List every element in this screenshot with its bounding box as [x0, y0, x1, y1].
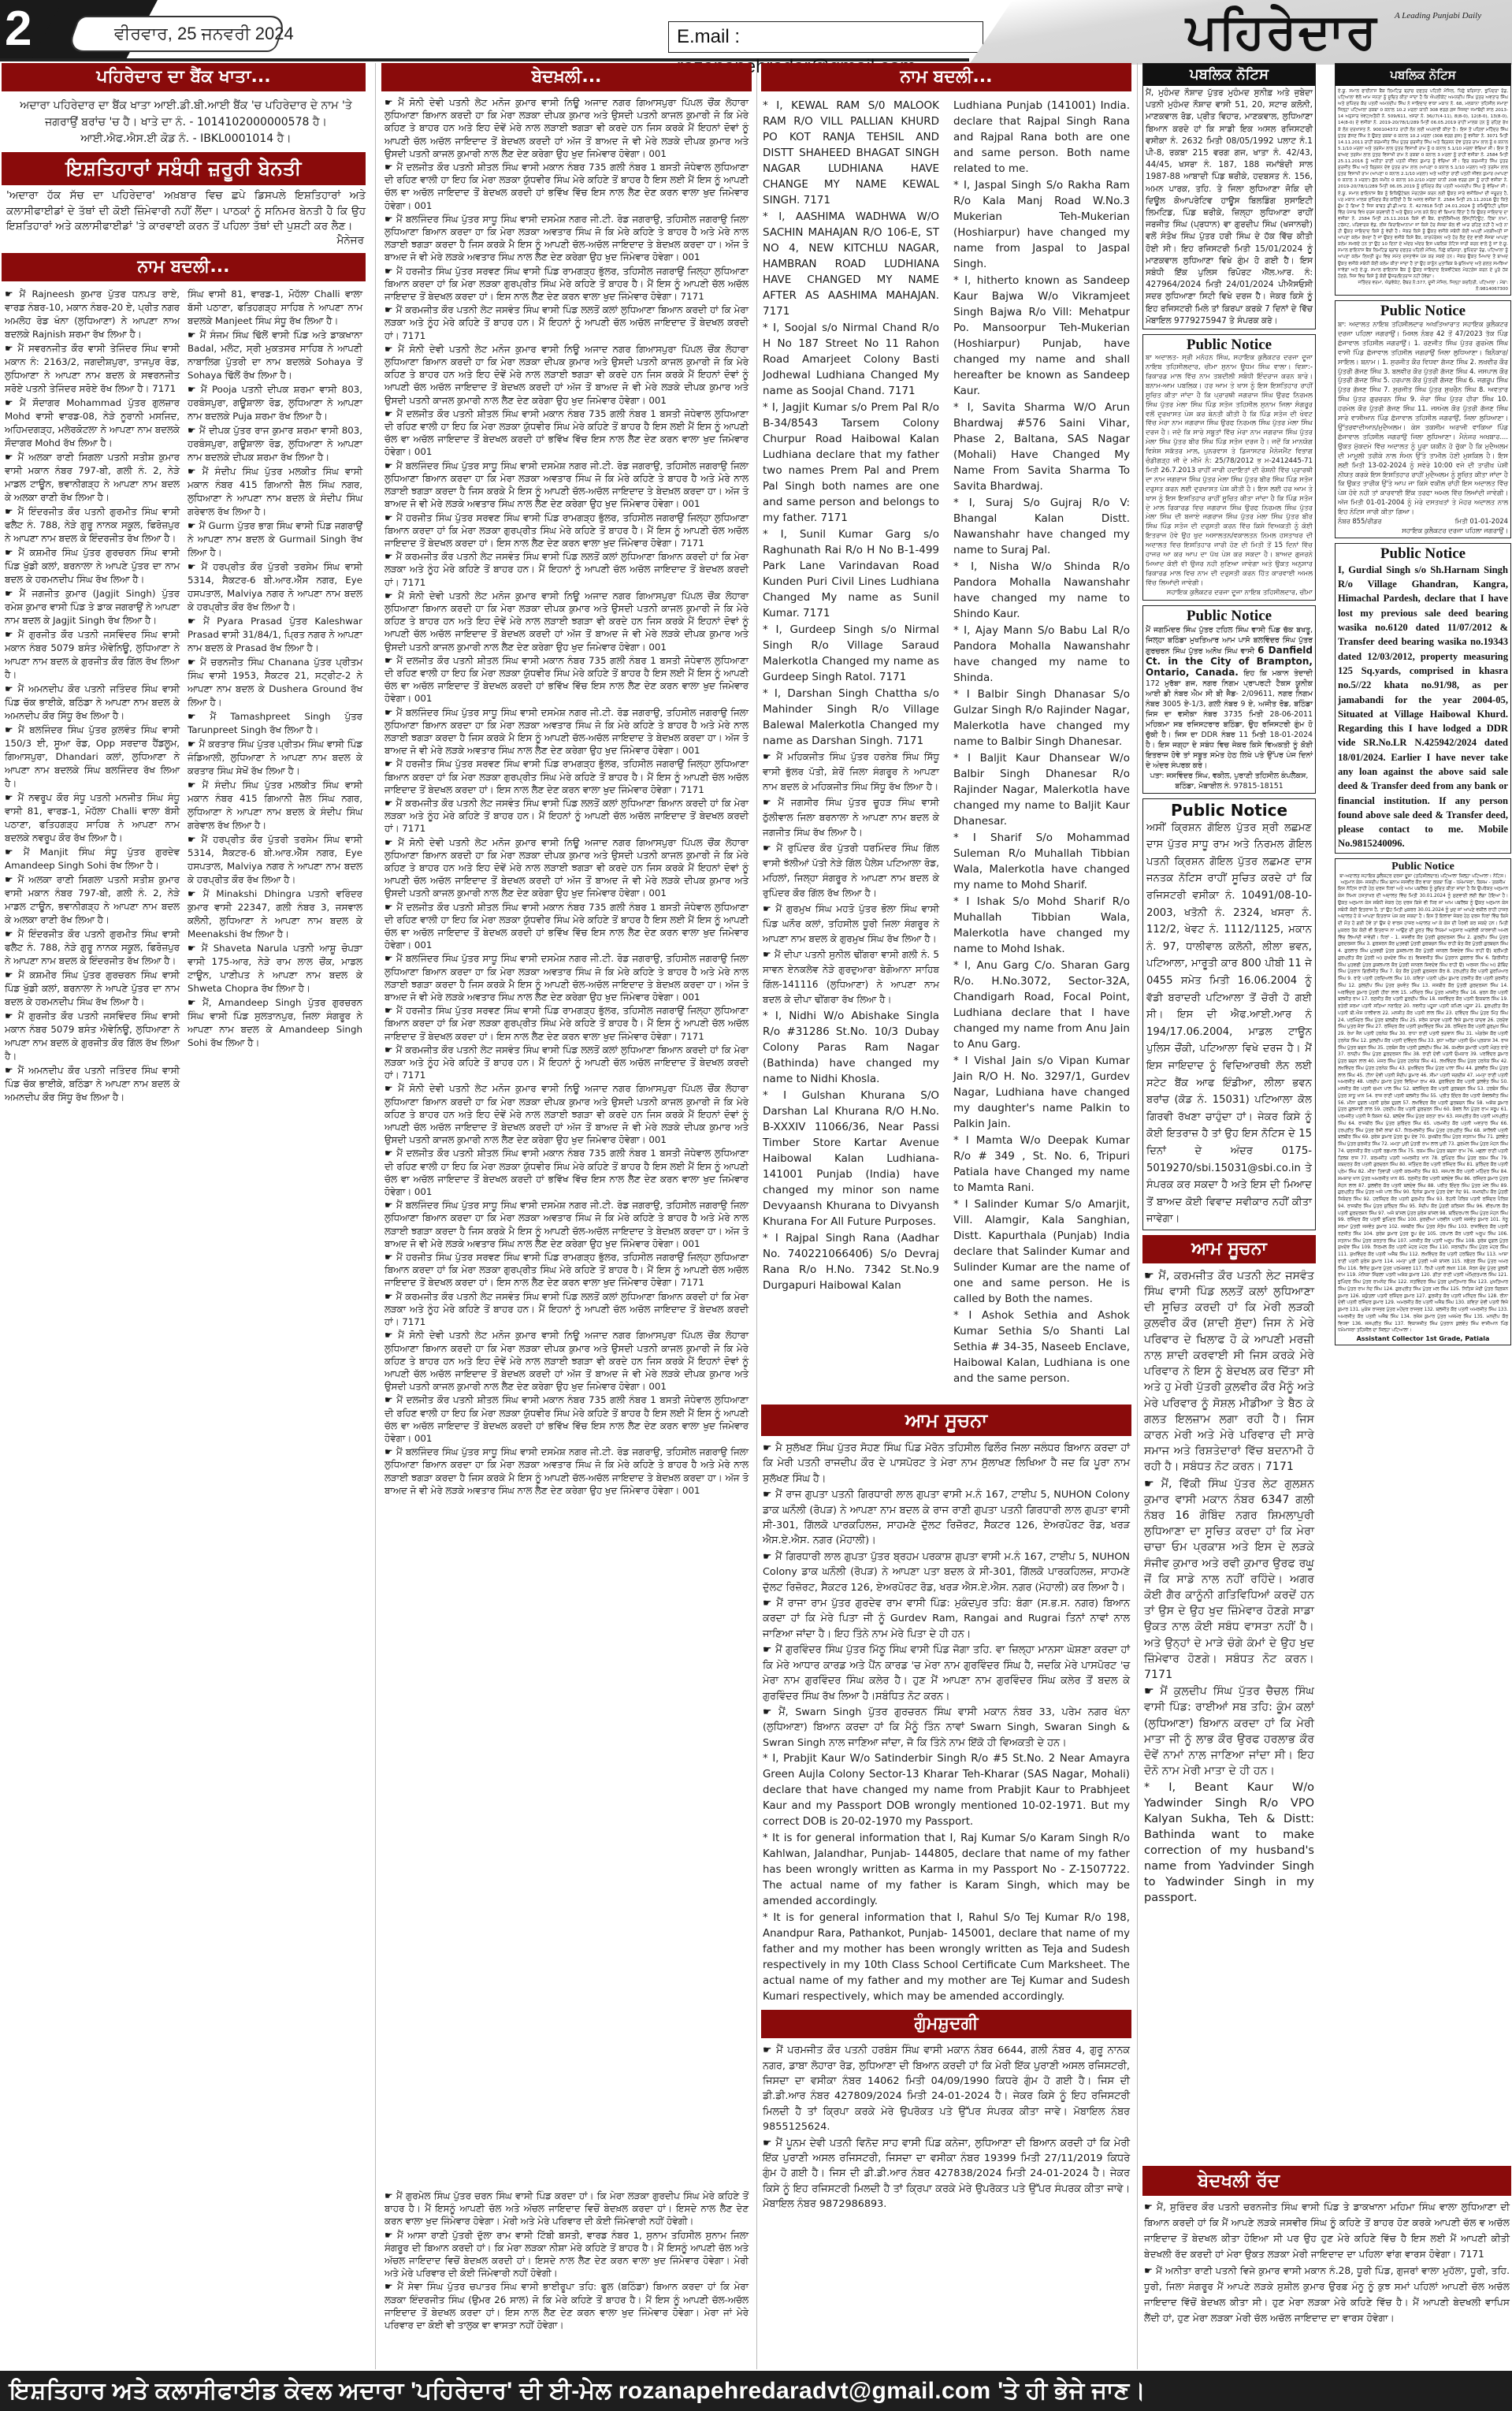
notice-body: ਅਸੀਂ ਕ੍ਰਿਸ਼ਨ ਗੋਇਲ ਪੁੱਤਰ ਸ਼੍ਰੀ ਲਛਮਣ ਦਾਸ ਪ…: [1146, 820, 1312, 1228]
listing-item: ☛ ਮੈਂ ਕਸ਼ਮੀਰ ਸਿੰਘ ਪੁੱਤਰ ਗੁਰਚਰਨ ਸਿੰਘ ਵਾਸੀ…: [5, 969, 180, 1009]
listing-item: * I Ishak S/o Mohd Sharif R/o Muhallah T…: [953, 894, 1130, 957]
general-notice-listing: ☛ ਮੈ ਸੁਲੱਖਣ ਸਿੰਘ ਪੁੱਤਰ ਸੋਹਣ ਸਿੰਘ ਪਿੰਡ ਮੋ…: [761, 1436, 1131, 2005]
listing-item: * I Baljit Kaur Dhansear W/o Balbir Sing…: [953, 750, 1130, 829]
listing-item: * I Vishal Jain s/o Vipan Kumar Jain R/O…: [953, 1053, 1130, 1132]
listing-item: ☛ ਮੈਂ ਕਰਮਜੀਤ ਕੌਰ ਪਤਨੀ ਲੇਟ ਜਸਵੰਤ ਸਿੰਘ ਵਾਸ…: [385, 1290, 749, 1329]
listing-item: ☛ ਮੈਂ ਗਿਰਧਾਰੀ ਲਾਲ ਗੁਪਤਾ ਪੁੱਤਰ ਬ੍ਰਹਮ ਪਰਕਾ…: [763, 1550, 1130, 1595]
footer-banner: ਇਸ਼ਤਿਹਾਰ ਅਤੇ ਕਲਾਸੀਫਾਈਡ ਕੇਵਲ ਅਦਾਰਾ 'ਪਹਿਰੇ…: [0, 2371, 1512, 2411]
listing-item: * I, Gurdeep Singh s/o Nirmal Singh R/o …: [763, 622, 939, 685]
listing-item: ☛ ਮੈਂ ਪਰਮਜੀਤ ਕੌਰ ਪਤਨੀ ਹਰਬੰਸ ਸਿੰਘ ਵਾਸੀ ਮਕ…: [763, 2043, 1130, 2134]
listing-item: ਸਿੰਘ ਵਾਸੀ 81, ਵਾਰਡ-1, ਮੋਹੱਲਾ Challi ਵਾਲਾ…: [188, 288, 362, 328]
public-notice-lost-sale-deed: Public Notice I, Gurdial Singh s/o Sh.Ha…: [1335, 543, 1511, 854]
english-listing-left: * I, KEWAL RAM S/0 MALOOK RAM R/O VILL P…: [763, 98, 939, 1401]
listing-item: ☛ ਮੈਂ ਬਲਜਿੰਦਰ ਸਿੰਘ ਪੁੱਤਰ ਸਾਧੂ ਸਿੰਘ ਵਾਸੀ …: [385, 706, 749, 757]
listing-item: * I, KEWAL RAM S/0 MALOOK RAM R/O VILL P…: [763, 98, 939, 208]
notice-signature: ਪਤਾ: ਜਸਵਿੰਦਰ ਸਿੰਘ, ਵਕੀਲ, ਪੁਰਾਣੀ ਤਹਿਸੀਲ ਕ…: [1146, 771, 1313, 791]
public-notice-record-correction: Public Notice ਬਾ ਅਦਾਲਤ- ਸ੍ਰੀ ਮਨੋਹਨ ਸਿੰਘ,…: [1142, 334, 1316, 601]
notice-body: ਮੈਂ ਜਗਮਿੰਦਰ ਸਿੰਘ ਪੁੱਤਰ ਟਹਿਲ ਸਿੰਘ ਵਾਸੀ ਪਿ…: [1146, 625, 1313, 771]
listing-item: * I Sharif S/o Mohammad Suleman R/o Muha…: [953, 830, 1130, 893]
listing-item: ☛ ਮੈਂ Gurm ਪੁੱਤਰ ਭਾਗ ਸਿੰਘ ਵਾਸੀ ਪਿੰਡ ਜਗਰਾ…: [188, 519, 362, 560]
listing-item: ☛ ਮੈਂ, Amandeep Singh ਪੁੱਤਰ ਗੁਰਚਰਨ ਸਿੰਘ …: [188, 996, 362, 1050]
section-disownment-cancelled: ਬੇਦਖਲੀ ਰੱਦ ☛ ਮੈਂ, ਸੁਰਿੰਦਰ ਕੌਰ ਪਤਨੀ ਚਰਨਜੀ…: [1142, 2166, 1511, 2369]
column-disownment: ਬੇਦਖ਼ਲੀ... ☛ ਮੈਂ ਸੋਨੀ ਦੇਵੀ ਪਤਨੀ ਲੇਟ ਮਨੋਜ…: [381, 63, 752, 2369]
listing-item: ☛ ਮੈਂ ਗੁਰਜੀਤ ਕੌਰ ਪਤਨੀ ਜਸਵਿੰਦਰ ਸਿੰਘ ਵਾਸੀ …: [5, 628, 180, 682]
notice-body: ਇਸ ਨੋਟਿਸ ਰਾਹੀ ਹੇਠ ਦਰਜ ਧਿਰਾਂ ਅਤੇ ਆਮ ਪਬਲਿਕ…: [1338, 886, 1508, 1334]
listing-item: ☛ ਮੈਂ ਅਲਕਾ ਰਾਣੀ ਸਿਗਲਾ ਪਤਨੀ ਸਤੀਸ਼ ਕੁਮਾਰ ਵ…: [5, 451, 180, 504]
listing-item: ☛ ਮੈਂ ਕਰਮਜੀਤ ਕੌਰ ਪਤਨੀ ਲੇਟ ਜਸਵੰਤ ਸਿੰਘ ਵਾਸ…: [385, 303, 749, 342]
listing-item: ☛ ਮੈਂ ਰਾਜਾ ਰਾਮ ਪੁੱਤਰ ਗੁਰਦੇਵ ਰਾਮ ਵਾਸੀ ਪਿੰ…: [763, 1596, 1130, 1642]
notice-title: ਪਬਲਿਕ ਨੋਟਿਸ: [1336, 64, 1510, 86]
listing-item: ☛ ਮੈਂ ਸੰਦੀਪ ਸਿੰਘ ਪੁੱਤਰ ਮਲਕੀਤ ਸਿੰਘ ਵਾਸੀ ਮ…: [188, 465, 362, 519]
listing-item: * I, Prabjit Kaur W/o Satinderbir Singh …: [763, 1751, 1130, 1830]
general-notice-listing-2: ☛ ਮੈਂ, ਕਰਮਜੀਤ ਕੌਰ ਪਤਨੀ ਲੇਟ ਜਸਵੰਤ ਸਿੰਘ ਵਾ…: [1142, 1263, 1316, 1907]
listing-item: * I, Ajay Mann S/o Babu Lal R/o Pandora …: [953, 623, 1130, 686]
listing-item: ☛ ਮੈਂ Manjit ਸਿੰਘ ਸੰਧੂ ਪੁੱਤਰ ਗੁਰਦੇਵ Aman…: [5, 846, 180, 872]
listing-item: ☛ ਮੈਂ ਕਰਮਜੀਤ ਕੌਰ ਪਤਨੀ ਲੇਟ ਜਸਵੰਤ ਸਿੰਘ ਵਾਸ…: [385, 550, 749, 589]
disownment-listing: ☛ ਮੈਂ ਸੋਨੀ ਦੇਵੀ ਪਤਨੀ ਲੇਟ ਮਨੋਜ ਕੁਮਾਰ ਵਾਸੀ…: [381, 91, 752, 1497]
listing-item: * I, Beant Kaur W/o Yadwinder Singh R/o …: [1144, 1780, 1314, 1906]
missing-listing: ☛ ਮੈਂ ਪਰਮਜੀਤ ਕੌਰ ਪਤਨੀ ਹਰਬੰਸ ਸਿੰਘ ਵਾਸੀ ਮਕ…: [761, 2038, 1131, 2212]
listing-item: ☛ ਮੈਂ ਸਵਰਨਜੀਤ ਕੌਰ ਵਾਸੀ ਤੇਜਿੰਦਰ ਸਿੰਘ ਵਾਸੀ…: [5, 342, 180, 396]
disownment-cancelled-listing: ☛ ਮੈਂ, ਸੁਰਿੰਦਰ ਕੌਰ ਪਤਨੀ ਚਰਨਜੀਤ ਸਿੰਘ ਵਾਸੀ…: [1142, 2196, 1511, 2326]
listing-item: ☛ ਮੈਂ ਬਲਜਿੰਦਰ ਸਿੰਘ ਪੁੱਤਰ ਸਾਧੂ ਸਿੰਘ ਵਾਸੀ …: [385, 1445, 749, 1497]
issue-date: ਵੀਰਵਾਰ, 25 ਜਨਵਰੀ 2024: [114, 24, 294, 44]
newspaper-logo: ਪਹਿਰੇਦਾਰ: [1186, 5, 1378, 60]
public-notice-court-jagraon: Public Notice ਬਾ: ਅਦਾਲਤ ਨਾਇਬ ਤਹਿਸੀਲਦਾਰ ਅ…: [1335, 300, 1511, 538]
listing-item: * I, Sunil Kumar Garg s/o Raghunath Rai …: [763, 526, 939, 621]
listing-item: * I Mamta W/o Deepak Kumar R/o # 349 , S…: [953, 1133, 1130, 1196]
ads-notice-signature: ਮੈਨੇਜਰ: [2, 235, 370, 253]
listing-item: ☛ ਮੈਂ Tamashpreet Singh ਪੁੱਤਰ Tarunpreet…: [188, 710, 362, 737]
notice-reference: ਨੰਬਰ 855/ਰੀਡਰ: [1338, 517, 1381, 526]
listing-item: ☛ ਮੈਂ ਗੁਰਮੁਖ ਸਿੰਘ ਮਹਤੋ ਪੁੱਤਰ ਭੋਲਾ ਸਿੰਘ ਵ…: [763, 902, 939, 947]
listing-item: ☛ ਮੈਂ ਹਰਜੀਤ ਸਿੰਘ ਪੁੱਤਰ ਸਰਵਣ ਸਿੰਘ ਵਾਸੀ ਪਿ…: [385, 1251, 749, 1289]
notice-signature: ਸਹਾਇਕ ਕੁਲੈਕਟਰ ਦਰਜਾ ਪਹਿਲਾ ਜਗਰਾਉਂ।: [1338, 526, 1508, 536]
listing-item: ☛ ਮੈਂ ਅਮਨਦੀਪ ਕੌਰ ਪਤਨੀ ਜਤਿੰਦਰ ਸਿੰਘ ਵਾਸੀ ਪ…: [5, 1064, 180, 1104]
listing-item: ☛ ਮੈਂ ਪੂਨਮ ਦੇਵੀ ਪਤਨੀ ਵਿਨੋਦ ਸਾਹ ਵਾਸੀ ਪਿੰਡ…: [763, 2136, 1130, 2212]
listing-item: ☛ ਮੈਂ ਗੁਰਮੇਲ ਸਿੰਘ ਪੁੱਤਰ ਚਰਨ ਸਿੰਘ ਵਾਸੀ ਪਿ…: [385, 2190, 749, 2228]
listing-item: ☛ ਮੈਂ ਅਨੀਤਾ ਰਾਣੀ ਪਤਨੀ ਵਿਜੇ ਕੁਮਾਰ ਵਾਸੀ ਮਕ…: [1144, 2263, 1510, 2326]
listing-item: ☛ ਮੈਂ ਦਲਜੀਤ ਕੌਰ ਪਤਨੀ ਸ਼ੀਤਲ ਸਿੰਘ ਵਾਸੀ ਮਕਾ…: [385, 161, 749, 212]
name-change-left-column: ☛ ਮੈਂ Rajneesh ਕੁਮਾਰ ਪੁੱਤਰ ਧਨਪਤ ਰਾਏ, ਵਾਰ…: [5, 288, 180, 1105]
contact-email[interactable]: E.mail : rozanapehredar@gmail.com: [668, 21, 983, 53]
listing-item: ☛ ਮੈਂ Pyara Prasad ਪੁੱਤਰ Kaleshwar Prasa…: [188, 615, 362, 655]
listing-item: ☛ ਮੈਂ ਸੌਦਾਗਰ Mohammad ਪੁੱਤਰ ਗੁਲਜ਼ਾਰ Mohd…: [5, 396, 180, 450]
listing-item: ☛ ਮੈਂ ਬਲਜਿੰਦਰ ਸਿੰਘ ਪੁੱਤਰ ਸਾਧੂ ਸਿੰਘ ਵਾਸੀ …: [385, 1199, 749, 1250]
disownment-listing-end: ☛ ਮੈਂ ਗੁਰਮੇਲ ਸਿੰਘ ਪੁੱਤਰ ਚਰਨ ਸਿੰਘ ਵਾਸੀ ਪਿ…: [381, 2190, 752, 2332]
listing-item: Ludhiana Punjab (141001) India. declare …: [953, 98, 1130, 177]
listing-item: ☛ ਮੈਂ, ਕਰਮਜੀਤ ਕੌਰ ਪਤਨੀ ਲੇਟ ਜਸਵੰਤ ਸਿੰਘ ਵਾ…: [1144, 1268, 1314, 1475]
public-notice-sbi-mortgage: Public Notice ਅਸੀਂ ਕ੍ਰਿਸ਼ਨ ਗੋਇਲ ਪੁੱਤਰ ਸ਼…: [1142, 798, 1316, 1230]
notice-header: ਬਾ-ਅਦਾਲਤ ਸਹਾਇਕ ਕੁਲੈਕਟਰ ਦਰਜਾ ਦੂਜਾ (ਤਹਿਸੀਲ…: [1338, 873, 1508, 887]
column-public-notices-left: ਪਬਲਿਕ ਨੋਟਿਸ ਮੈਂ, ਮੁਹੰਮਦ ਨੌਸ਼ਾਦ ਪੁੱਤਰ ਮੁਹ…: [1142, 63, 1316, 2010]
listing-item: ☛ ਮੈਂ ਬਲਜਿੰਦਰ ਸਿੰਘ ਪੁੱਤਰ ਸਾਧੂ ਸਿੰਘ ਵਾਸੀ …: [385, 460, 749, 511]
listing-item: * I, Savita Sharma W/O Arun Bhardwaj #57…: [953, 400, 1130, 494]
listing-item: * I Ashok Sethia and Ashok Kumar Sethia …: [953, 1308, 1130, 1386]
notice-body-details: ਇਹ ਕਿ ਮਕਾਨ ਤੇਦਾਦੀ 172 ਮੁਰੱਬਾ ਗਜ, ਨਗਰ ਨਿਗ…: [1146, 669, 1313, 770]
listing-item: * It is for general information that I, …: [763, 1911, 1130, 2005]
listing-item: ☛ ਮੈਂ ਦੀਪਕ ਪੁੱਤਰ ਰਾਜ ਕੁਮਾਰ ਸ਼ਰਮਾ ਵਾਸੀ 80…: [188, 424, 362, 464]
listing-item: ☛ ਮੈਂ ਦਲਜੀਤ ਕੌਰ ਪਤਨੀ ਸ਼ੀਤਲ ਸਿੰਘ ਵਾਸੀ ਮਕਾ…: [385, 901, 749, 952]
section-header-name-change-english: ਨਾਮ ਬਦਲੀ...: [761, 63, 1131, 91]
english-listing-right: Ludhiana Punjab (141001) India. declare …: [953, 98, 1130, 1401]
listing-item: * I, Soojal s/o Nirmal Chand R/o H No 18…: [763, 320, 939, 399]
listing-item: * I Gulshan Khurana S/O Darshan Lal Khur…: [763, 1088, 939, 1230]
notice-reference-row: ਨੰਬਰ 855/ਰੀਡਰ ਮਿਤੀ 01-01-2024: [1338, 517, 1508, 526]
public-notice-lost-registry: ਪਬਲਿਕ ਨੋਟਿਸ ਮੈਂ, ਮੁਹੰਮਦ ਨੌਸ਼ਾਦ ਪੁੱਤਰ ਮੁਹ…: [1142, 63, 1316, 329]
listing-item: ☛ ਮੈਂ, ਵਿੱਕੀ ਸਿੰਘ ਪੁੱਤਰ ਲੇਟ ਗੁਲਸ਼ਨ ਕੁਮਾਰ…: [1144, 1476, 1314, 1684]
listing-item: ☛ ਮੈਂ ਹਰਪ੍ਰੀਤ ਕੌਰ ਪੁੱਤਰੀ ਤਰਸੇਮ ਸਿੰਘ ਵਾਸੀ…: [188, 560, 362, 614]
name-change-listing: ☛ ਮੈਂ Rajneesh ਕੁਮਾਰ ਪੁੱਤਰ ਧਨਪਤ ਰਾਏ, ਵਾਰ…: [2, 281, 370, 1105]
listing-item: ☛ ਮੈਂ ਗੁਰਵਿੰਦਰ ਸਿੰਘ ਪੁੱਤਰ ਮਿੱਠੂ ਸਿੰਘ ਵਾਸ…: [763, 1643, 1130, 1704]
listing-item: * I, hitherto known as Sandeep Kaur Bajw…: [953, 273, 1130, 399]
public-notice-canada-registry: Public Notice ਮੈਂ ਜਗਮਿੰਦਰ ਸਿੰਘ ਪੁੱਤਰ ਟਹਿ…: [1142, 605, 1316, 794]
listing-item: ☛ ਮੈਂ ਸੋਨੀ ਦੇਵੀ ਪਤਨੀ ਲੇਟ ਮਨੋਜ ਕੁਮਾਰ ਵਾਸੀ…: [385, 590, 749, 653]
masthead: 2 ਵੀਰਵਾਰ, 25 ਜਨਵਰੀ 2024 E.mail : rozanap…: [0, 0, 1512, 65]
listing-item: * I Rajpal Singh Rana (Aadhar No. 740221…: [763, 1230, 939, 1293]
listing-item: ☛ ਮੈਂ ਦਲਜੀਤ ਕੌਰ ਪਤਨੀ ਸ਼ੀਤਲ ਸਿੰਘ ਵਾਸੀ ਮਕਾ…: [385, 654, 749, 705]
listing-item: ☛ ਮੈਂ ਹਰਜੀਤ ਸਿੰਘ ਪੁੱਤਰ ਸਰਵਣ ਸਿੰਘ ਵਾਸੀ ਪਿ…: [385, 757, 749, 796]
listing-item: ☛ ਮੈ ਸੁਲੱਖਣ ਸਿੰਘ ਪੁੱਤਰ ਸੋਹਣ ਸਿੰਘ ਪਿੰਡ ਮੋ…: [763, 1441, 1130, 1486]
listing-item: ☛ ਮੈਂ ਸੋਨੀ ਦੇਵੀ ਪਤਨੀ ਲੇਟ ਮਨੋਜ ਕੁਮਾਰ ਵਾਸੀ…: [385, 96, 749, 160]
notice-title: Public Notice: [1338, 545, 1508, 563]
listing-item: ☛ ਮੈਂ ਬਲਜਿੰਦਰ ਸਿੰਘ ਪੁੱਤਰ ਕੁਲਵੰਤ ਸਿੰਘ ਵਾਸ…: [5, 724, 180, 791]
notice-title: Public Notice: [1338, 303, 1508, 320]
ads-notice-text: 'ਅਦਾਰਾ ਹੱਕ ਸੱਚ ਦਾ ਪਹਿਰੇਦਾਰ' ਅਖ਼ਬਾਰ ਵਿਚ ਛ…: [2, 185, 370, 235]
listing-item: ☛ ਮੈਂ, Swarn Singh ਪੁੱਤਰ ਗੁਰਚਰਨ ਸਿੰਘ ਵਾਸ…: [763, 1705, 1130, 1751]
notice-title: Public Notice: [1146, 337, 1313, 354]
listing-item: ☛ ਮੈਂ ਕਰਤਾਰ ਸਿੰਘ ਪੁੱਤਰ ਪ੍ਰੀਤਮ ਸਿੰਘ ਵਾਸੀ …: [188, 738, 362, 778]
section-header-general-notice-2: ਆਮ ਸੂਚਨਾ: [1142, 1235, 1316, 1263]
listing-item: * I, Anu Garg C/o. Sharan Garg R/o. H.No…: [953, 958, 1130, 1052]
listing-item: ☛ ਮੈਂ ਇੰਦਰਜੀਤ ਕੌਰ ਪਤਨੀ ਗੁਰਮੀਤ ਸਿੰਘ ਵਾਸੀ …: [5, 505, 180, 545]
english-name-change-listing: * I, KEWAL RAM S/0 MALOOK RAM R/O VILL P…: [761, 91, 1131, 1401]
listing-item: * I, Darshan Singh Chattha s/o Mahinder …: [763, 686, 939, 749]
listing-item: * I, Jagjit Kumar s/o Prem Pal R/o B-34/…: [763, 400, 939, 526]
notice-body: ਏ.ਯੂ. ਸਮਾਲ ਫਾਈਨਾਂਸ ਬੈਂਕ ਲਿਮਟਿਡ ਬ੍ਰਾਂਚ ਦਫ…: [1336, 86, 1510, 280]
listing-item: ☛ ਮੈਂ ਹਰਜੀਤ ਸਿੰਘ ਪੁੱਤਰ ਸਰਵਣ ਸਿੰਘ ਵਾਸੀ ਪਿ…: [385, 512, 749, 550]
listing-item: ☛ ਮੈਂ ਸੋਨੀ ਦੇਵੀ ਪਤਨੀ ਲੇਟ ਮਨੋਜ ਕੁਮਾਰ ਵਾਸੀ…: [385, 343, 749, 407]
listing-item: ☛ ਮੈਂ ਅਮਨਦੀਪ ਕੌਰ ਪਤਨੀ ਜਤਿੰਦਰ ਸਿੰਘ ਵਾਸੀ ਪ…: [5, 683, 180, 723]
listing-item: ☛ ਮੈਂ ਦੀਪਾ ਪਤਨੀ ਸੁਨੀਲ ਢੀਂਗਰਾ ਵਾਸੀ ਗਲੀ ਨੰ…: [763, 947, 939, 1007]
listing-item: ☛ ਮੈਂ ਬਲਜਿੰਦਰ ਸਿੰਘ ਪੁੱਤਰ ਸਾਧੂ ਸਿੰਘ ਵਾਸੀ …: [385, 213, 749, 264]
listing-item: ☛ ਮੈਂ ਸੋਨੀ ਦੇਵੀ ਪਤਨੀ ਲੇਟ ਮਨੋਜ ਕੁਮਾਰ ਵਾਸੀ…: [385, 1082, 749, 1146]
listing-item: ☛ ਮੈਂ ਸੰਦੀਪ ਸਿੰਘ ਪੁੱਤਰ ਮਲਕੀਤ ਸਿੰਘ ਵਾਸੀ ਮ…: [188, 779, 362, 832]
listing-item: ☛ ਮੈਂ ਗੁਰਜੀਤ ਕੌਰ ਪਤਨੀ ਜਸਵਿੰਦਰ ਸਿੰਘ ਵਾਸੀ …: [5, 1010, 180, 1063]
section-header-bank-account: ਪਹਿਰੇਦਾਰ ਦਾ ਬੈਂਕ ਖਾਤਾ...: [2, 63, 366, 91]
column-name-change-english: ਨਾਮ ਬਦਲੀ... * I, KEWAL RAM S/0 MALOOK RA…: [761, 63, 1131, 2369]
section-header-general-notice: ਆਮ ਸੂਚਨਾ: [761, 1405, 1131, 1436]
listing-item: ☛ ਮੈਂ Pooja ਪਤਨੀ ਦੀਪਕ ਸ਼ਰਮਾ ਵਾਸੀ 803, ਹਰ…: [188, 383, 362, 423]
column-divider: [375, 63, 376, 2369]
listing-item: ☛ ਮੈਂ ਚਰਨਜੀਤ ਸਿੰਘ Chanana ਪੁੱਤਰ ਪ੍ਰੀਤਮ ਸ…: [188, 656, 362, 709]
column-name-change-punjabi: ਪਹਿਰੇਦਾਰ ਦਾ ਬੈਂਕ ਖਾਤਾ... ਅਦਾਰਾ ਪਹਿਰੇਦਾਰ …: [2, 63, 370, 2369]
listing-item: ☛ ਮੈਂ ਜਗਜੀਤ ਕੁਮਾਰ (Jagjit Singh) ਪੁੱਤਰ ਰ…: [5, 587, 180, 627]
listing-item: ☛ ਮੈਂ ਮਹਿਕਜੀਤ ਸਿੰਘ ਪੁੱਤਰ ਹਰਨੇਬ ਸਿੰਘ ਸਿੱਧ…: [763, 750, 939, 794]
listing-item: ☛ ਮੈਂ, ਸੁਰਿੰਦਰ ਕੌਰ ਪਤਨੀ ਚਰਨਜੀਤ ਸਿੰਘ ਵਾਸੀ…: [1144, 2199, 1510, 2262]
listing-item: * I, Nisha W/o Shinda R/o Pandora Mohall…: [953, 559, 1130, 622]
name-change-right-column: ਸਿੰਘ ਵਾਸੀ 81, ਵਾਰਡ-1, ਮੋਹੱਲਾ Challi ਵਾਲਾ…: [188, 288, 362, 1105]
listing-item: ☛ ਮੈਂ ਬਲਜਿੰਦਰ ਸਿੰਘ ਪੁੱਤਰ ਸਾਧੂ ਸਿੰਘ ਵਾਸੀ …: [385, 952, 749, 1003]
listing-item: ☛ ਮੈਂ ਕਰਮਜੀਤ ਕੌਰ ਪਤਨੀ ਲੇਟ ਜਸਵੰਤ ਸਿੰਘ ਵਾਸ…: [385, 797, 749, 835]
listing-item: ☛ ਮੈਂ ਰੁਪਿੰਦਰ ਕੌਰ ਪੁੱਤਰੀ ਧਰਮਿੰਦਰ ਸਿੰਘ ਗਿ…: [763, 841, 939, 901]
listing-item: * I, AASHIMA WADHWA W/O SACHIN MAHAJAN R…: [763, 209, 939, 319]
listing-item: ☛ ਮੈਂ ਸੋਨੀ ਦੇਵੀ ਪਤਨੀ ਲੇਟ ਮਨੋਜ ਕੁਮਾਰ ਵਾਸੀ…: [385, 836, 749, 900]
listing-item: * I Balbir Singh Dhanasar S/o Gulzar Sin…: [953, 686, 1130, 750]
column-divider: [756, 63, 757, 2369]
listing-item: * It is for general information that I, …: [763, 1831, 1130, 1910]
notice-signature: Assistant Collector 1st Grade, Patiala: [1338, 1334, 1508, 1343]
listing-item: ☛ ਮੈਂ ਅਲਕਾ ਰਾਣੀ ਸਿਗਲਾ ਪਤਨੀ ਸਤੀਸ਼ ਕੁਮਾਰ ਵ…: [5, 873, 180, 927]
listing-item: ☛ ਮੈਂ ਹਰਪ੍ਰੀਤ ਕੌਰ ਪੁੱਤਰੀ ਤਰਸੇਮ ਸਿੰਘ ਵਾਸੀ…: [188, 833, 362, 887]
notice-body: ਮੈਂ, ਮੁਹੰਮਦ ਨੌਸ਼ਾਦ ਪੁੱਤਰ ਮੁਹੰਮਦ ਸੁਨੀਫ਼ ਅ…: [1143, 86, 1315, 329]
page-number: 2: [5, 3, 32, 55]
listing-item: ☛ ਮੈਂ ਕਸ਼ਮੀਰ ਸਿੰਘ ਪੁੱਤਰ ਗੁਰਚਰਨ ਸਿੰਘ ਵਾਸੀ…: [5, 546, 180, 586]
section-header-ads-notice: ਇਸ਼ਤਿਹਾਰਾਂ ਸਬੰਧੀ ਜ਼ਰੂਰੀ ਬੇਨਤੀ: [2, 152, 366, 185]
listing-item: * I, Nidhi W/o Abishake Singla R/o #3128…: [763, 1008, 939, 1087]
column-divider: [1137, 63, 1138, 2369]
listing-item: ☛ ਮੈਂ ਸੇਵਾ ਸਿੰਘ ਪੁੱਤਰ ਚਪਾਤਰ ਸਿੰਘ ਵਾਸੀ ਭਾ…: [385, 2280, 749, 2331]
listing-item: * I, Jaspal Singh S/o Rakha Ram R/o Kala…: [953, 177, 1130, 272]
listing-item: ☛ ਮੈਂ ਕਰਮਜੀਤ ਕੌਰ ਪਤਨੀ ਲੇਟ ਜਸਵੰਤ ਸਿੰਘ ਵਾਸ…: [385, 1044, 749, 1082]
listing-item: ☛ ਮੈਂ ਦਲਜੀਤ ਕੌਰ ਪਤਨੀ ਸ਼ੀਤਲ ਸਿੰਘ ਵਾਸੀ ਮਕਾ…: [385, 1393, 749, 1445]
section-header-disownment: ਬੇਦਖ਼ਲੀ...: [381, 63, 752, 91]
public-notice-partition-case: Public Notice ਬਾ-ਅਦਾਲਤ ਸਹਾਇਕ ਕੁਲੈਕਟਰ ਦਰਜ…: [1335, 858, 1511, 1345]
section-header-missing: ਗੁੰਮਸ਼ੁਦਗੀ: [761, 2010, 1131, 2038]
listing-item: ☛ ਮੈਂ ਨਵਰੂਪ ਕੌਰ ਸੰਧੂ ਪਤਨੀ ਮਨਜੀਤ ਸਿੰਘ ਸੰਧ…: [5, 791, 180, 845]
listing-item: * I, Suraj S/o Gujraj R/o V: Bhangal Kal…: [953, 495, 1130, 558]
listing-item: ☛ ਮੈਂ ਆਸਾ ਰਾਣੀ ਪੁੱਤਰੀ ਦੁੱਲਾ ਰਾਮ ਵਾਸੀ ਟਿੱ…: [385, 2229, 749, 2280]
notice-body: ਬਾ ਅਦਾਲਤ- ਸ੍ਰੀ ਮਨੋਹਨ ਸਿੰਘ, ਸਹਾਇਕ ਕੁਲੈਕਟਰ…: [1146, 354, 1313, 589]
notice-signature: ਜਤਿੰਦਰ ਵਰਮਾ, ਐਡਵੋਕੇਟ, ਚੈਂਬਰ ਨੰ:377, ਦੂਜੀ…: [1336, 280, 1510, 295]
listing-item: ☛ ਮੈਂ ਹਰਜੀਤ ਸਿੰਘ ਪੁੱਤਰ ਸਰਵਣ ਸਿੰਘ ਵਾਸੀ ਪਿ…: [385, 265, 749, 303]
bank-account-text: ਅਦਾਰਾ ਪਹਿਰੇਦਾਰ ਦਾ ਬੈਂਕ ਖਾਤਾ ਆਈ.ਡੀ.ਬੀ.ਆਈ …: [2, 91, 370, 152]
notice-signature: ਸਹਾਇਕ ਕੁਲੈਕਟਰ ਦਰਜਾ ਦੂਜਾ ਨਾਇਬ ਤਹਿਸੀਲਦਾਰ, …: [1146, 589, 1313, 598]
listing-item: ☛ ਮੈਂ ਸੋਨੀ ਦੇਵੀ ਪਤਨੀ ਲੇਟ ਮਨੋਜ ਕੁਮਾਰ ਵਾਸੀ…: [385, 1329, 749, 1393]
listing-item: ☛ ਮੈਂ Rajneesh ਕੁਮਾਰ ਪੁੱਤਰ ਧਨਪਤ ਰਾਏ, ਵਾਰ…: [5, 288, 180, 341]
listing-item: ☛ ਮੈਂ ਇੰਦਰਜੀਤ ਕੌਰ ਪਤਨੀ ਗੁਰਮੀਤ ਸਿੰਘ ਵਾਸੀ …: [5, 928, 180, 968]
logo-tagline: A Leading Punjabi Daily: [1395, 11, 1481, 20]
listing-item: ☛ ਮੈਂ ਸੰਜਮ ਸਿੰਘ ਢਿੱਲੋਂ ਵਾਸੀ ਪਿੰਡ ਅਤੇ ਡਾਕ…: [188, 329, 362, 382]
listing-item: ☛ ਮੈਂ ਰਾਜ ਗੁਪਤਾ ਪਤਨੀ ਗਿਰਧਾਰੀ ਲਾਲ ਗੁਪਤਾ ਵ…: [763, 1487, 1130, 1549]
listing-item: ☛ ਮੈਂ ਹਰਜੀਤ ਸਿੰਘ ਪੁੱਤਰ ਸਰਵਣ ਸਿੰਘ ਵਾਸੀ ਪਿ…: [385, 1004, 749, 1043]
notice-date: ਮਿਤੀ 01-01-2024: [1455, 517, 1508, 526]
section-header-disownment-cancelled: ਬੇਦਖਲੀ ਰੱਦ: [1142, 2166, 1511, 2196]
notice-title: Public Notice: [1338, 861, 1508, 873]
listing-item: ☛ ਮੈਂ ਕੁਲਦੀਪ ਸਿੰਘ ਪੁੱਤਰ ਚੈਚਲ ਸਿੰਘ ਵਾਸੀ ਪ…: [1144, 1684, 1314, 1779]
listing-item: ☛ ਮੈਂ ਜਗਸੀਰ ਸਿੰਘ ਪੁੱਤਰ ਚੂਹੜ ਸਿੰਘ ਵਾਸੀ ਠੁ…: [763, 795, 939, 840]
notice-title: ਪਬਲਿਕ ਨੋਟਿਸ: [1143, 64, 1315, 86]
listing-item: * I Salinder Kumar S/o Amarjit, Vill. Al…: [953, 1196, 1130, 1307]
notice-body: I, Gurdial Singh s/o Sh.Harnam Singh R/o…: [1338, 563, 1508, 851]
notice-title: Public Notice: [1146, 608, 1313, 625]
listing-item: ☛ ਮੈਂ ਦਲਜੀਤ ਕੌਰ ਪਤਨੀ ਸ਼ੀਤਲ ਸਿੰਘ ਵਾਸੀ ਮਕਾ…: [385, 1147, 749, 1198]
listing-item: ☛ ਮੈਂ ਦਲਜੀਤ ਕੌਰ ਪਤਨੀ ਸ਼ੀਤਲ ਸਿੰਘ ਵਾਸੀ ਮਕਾ…: [385, 407, 749, 459]
listing-item: ☛ ਮੈਂ Shaveta Narula ਪਤਨੀ ਆਸ਼ੂ ਚੋਪੜਾ ਵਾਸ…: [188, 942, 362, 995]
listing-item: ☛ ਮੈਂ Minakshi Dhingra ਪਤਨੀ ਵਰਿੰਦਰ ਕੁਮਾਰ…: [188, 887, 362, 941]
notice-title: Public Notice: [1146, 801, 1312, 820]
public-notice-au-bank: ਪਬਲਿਕ ਨੋਟਿਸ ਏ.ਯੂ. ਸਮਾਲ ਫਾਈਨਾਂਸ ਬੈਂਕ ਲਿਮਟ…: [1335, 63, 1511, 296]
column-public-notices-right: ਪਬਲਿਕ ਨੋਟਿਸ ਏ.ਯੂ. ਸਮਾਲ ਫਾਈਨਾਂਸ ਬੈਂਕ ਲਿਮਟ…: [1335, 63, 1511, 2018]
notice-body: ਬਾ: ਅਦਾਲਤ ਨਾਇਬ ਤਹਿਸੀਲਦਾਰ ਅਖਤਿਆਰਾਤ ਸਹਾਇਕ …: [1338, 320, 1508, 517]
section-header-name-change: ਨਾਮ ਬਦਲੀ...: [2, 253, 366, 281]
